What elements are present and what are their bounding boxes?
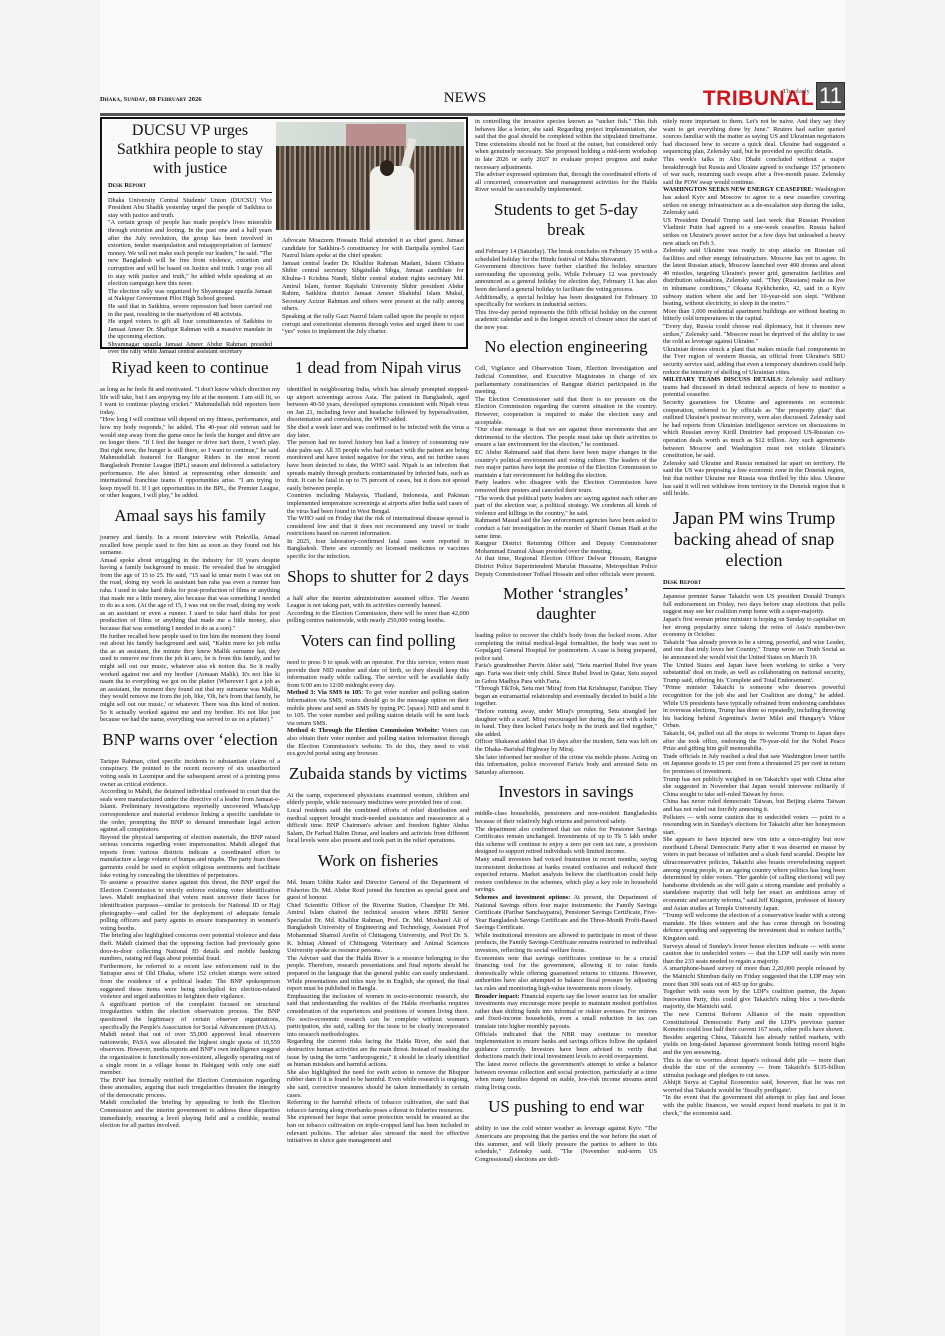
paragraph: The latest move reflects the government'…	[475, 1061, 657, 1091]
lead-photo-rally	[276, 122, 464, 230]
paragraph: She appears to have injected new vim int…	[663, 836, 845, 912]
paragraph: The WHO said on Friday that the risk of …	[287, 515, 469, 538]
paragraph: need to press 9 to speak with an operato…	[287, 659, 469, 689]
paragraph: Referring to the harmful effects of toba…	[287, 1099, 469, 1114]
paragraph: While institutional investors are allowe…	[475, 932, 657, 955]
paragraph: Mahdi concluded the briefing by appealin…	[100, 1099, 280, 1129]
paragraph: Besides angering China, Takaichi has alr…	[663, 1034, 845, 1057]
paragraph: Officials indicated that the NBR may con…	[475, 1031, 657, 1061]
paragraph: journey and family. In a recent intervie…	[100, 534, 280, 557]
paragraph: "Prime minister Takaichi is someone who …	[663, 684, 845, 730]
paragraph: She expressed her hope that some protect…	[287, 1114, 469, 1144]
paragraph: ability to use the cold winter weather a…	[475, 1125, 657, 1163]
paragraph: Dhaka University Central Students' Union…	[108, 197, 272, 220]
paragraph: and February 14 (Saturday). The break co…	[475, 248, 657, 263]
paragraph: Chief Scientific Officer of the Riverine…	[287, 902, 469, 955]
paragraph: To assume a proactive stance against thi…	[100, 879, 280, 932]
paragraph: leading police to recover the child's bo…	[475, 632, 657, 662]
paragraph: Faria's grandmother Parvin Akter said, "…	[475, 662, 657, 685]
paragraph: Security guarantees for Ukraine and agre…	[663, 399, 845, 460]
paragraph: He said that in Satkhira, severe repress…	[108, 303, 272, 318]
paragraph: The new Centrist Reform Alliance of the …	[663, 1011, 845, 1034]
paragraph: Ukrainian drones struck a plant that mak…	[663, 346, 845, 376]
subhead: WASHINGTON SEEKS NEW ENERGY CEASEFIRE	[663, 186, 812, 193]
paragraph: Mahdi noted that out of over 55,000 appr…	[100, 1031, 280, 1077]
headline-zubaida: Zubaida stands by victims	[287, 764, 469, 784]
section-title: NEWS	[400, 90, 530, 107]
subhead: MILITARY TEAMS DISCUSS DETAILS	[663, 376, 781, 383]
paragraph: Additionally, a special holiday has been…	[475, 294, 657, 309]
paragraph: He further recalled how people used to f…	[100, 633, 280, 724]
headline-uswar: US pushing to end war	[475, 1097, 657, 1117]
japan-byline: Desk Report	[663, 579, 845, 590]
paragraph: Advocate Moazzem Hossain Helal attended …	[282, 237, 464, 260]
page-header: Dhaka, Sunday, 08 February 2026 NEWS The…	[100, 88, 845, 112]
paragraph: Amaal spoke about struggling in the indu…	[100, 557, 280, 633]
paragraph: "Before running away, under Miraj's prom…	[475, 708, 657, 738]
paragraph: Cell, Vigilance and Observation Team, El…	[475, 365, 657, 395]
lead-col2: Advocate Moazzem Hossain Helal attended …	[282, 237, 464, 336]
headline-students: Students to get 5-day break	[475, 200, 657, 240]
paragraph: She also highlighted the need for swift …	[287, 1069, 469, 1099]
paragraph: Regarding the current risks facing the H…	[287, 1038, 469, 1068]
paragraph: EC Abdur Rahmanel said that there have b…	[475, 449, 657, 479]
dateline: Dhaka, Sunday, 08 February 2026	[100, 96, 202, 103]
paragraph: "Through TikTok, Setu met 'Miraj' from H…	[475, 685, 657, 708]
paragraph: This week's talks in Abu Dhabi concluded…	[663, 156, 845, 186]
paragraph: More than 1,000 residential apartment bu…	[663, 308, 845, 323]
newspaper-page: Dhaka, Sunday, 08 February 2026 NEWS The…	[100, 0, 845, 1336]
paragraph: "How long I will continue will depend on…	[100, 416, 280, 500]
paragraph: Takaichi "has already proven to be a str…	[663, 639, 845, 662]
paragraph: Countries including Malaysia, Thailand, …	[287, 492, 469, 515]
column-4: nitely more important to them. Let's not…	[663, 118, 845, 1117]
paragraph: The United States and Japan have been wo…	[663, 662, 845, 685]
paragraph: identified in neighbouring India, which …	[287, 386, 469, 424]
headline-voters: Voters can find polling	[287, 631, 469, 651]
headline-amaal: Amaal says his family	[100, 506, 280, 526]
paragraph: Many small investors had voiced frustrat…	[475, 856, 657, 894]
paragraph: He urged voters to gift all four constit…	[108, 318, 272, 341]
paragraph: A significant portion of the complaint f…	[100, 1001, 280, 1031]
paragraph: She died a week later and was confirmed …	[287, 424, 469, 439]
paragraph: Furthermore, he referred to a recent law…	[100, 963, 280, 1001]
paragraph: a half after the interim administration …	[287, 595, 469, 610]
paragraph: "Our clear message is that we are agains…	[475, 426, 657, 449]
headline-mother: Mother ‘strangles’ daughter	[475, 584, 657, 624]
logo-name: The dailyTRIBUNAL	[703, 88, 814, 110]
paragraph: Broader impact: Financial experts say th…	[475, 993, 657, 1031]
paragraph: China has never ruled democratic Taiwan,…	[663, 798, 845, 813]
logo-tagline: The daily	[783, 81, 810, 103]
paragraph: This is due to worries about Japan's col…	[663, 1057, 845, 1080]
page-number: 11	[816, 82, 845, 110]
paragraph: Trump has not publicly weighed in on Tak…	[663, 776, 845, 799]
paragraph: The adviser expressed optimism that, thr…	[475, 171, 657, 194]
paragraph: "A certain group of people has made peop…	[108, 219, 272, 287]
paragraph: Rahmanel Masud said the law enforcement …	[475, 517, 657, 540]
paragraph: Abhijit Surya at Capital Economics said,…	[663, 1079, 845, 1094]
paragraph: middle-class households, pensioners and …	[475, 810, 657, 825]
paragraph: as long as he feels fit and motivated. "…	[100, 386, 280, 416]
paragraph: Officer Shakawat added that 19 days afte…	[475, 738, 657, 753]
paragraph: Tarique Rahman, cited specific incidents…	[100, 758, 280, 788]
headline-engineering: No election engineering	[475, 337, 657, 357]
paragraph: Japanese premier Sanae Takaichi won US p…	[663, 593, 845, 616]
subhead: Method 4: Through the Election Commissio…	[287, 727, 439, 734]
paragraph: "The words that political party leaders …	[475, 495, 657, 518]
header-rule	[100, 113, 845, 116]
paragraph: In 2025, four laboratory-confirmed fatal…	[287, 538, 469, 561]
paragraph: US President Donald Trump said last week…	[663, 217, 845, 247]
paragraph: Pollsters — with some caution due to und…	[663, 814, 845, 837]
paragraph: "In the event that the government did at…	[663, 1094, 845, 1117]
paragraph: Md. Imam Uddin Kabir and Director Genera…	[287, 879, 469, 902]
paragraph: Rangpur District Returning Officer and D…	[475, 540, 657, 555]
paragraph: Method 4: Through the Election Commissio…	[287, 727, 469, 757]
paragraph: She later informed her mother of the cri…	[475, 754, 657, 777]
paragraph: Local residents said the combined effort…	[287, 807, 469, 845]
paragraph: A smartphone-based survey of more than 2…	[663, 965, 845, 988]
lead-headline: DUCSU VP urges Satkhira people to stay w…	[108, 121, 272, 178]
paragraph: The election rally was organized by Shya…	[108, 288, 272, 303]
paragraph: Party leaders who disagree with the Elec…	[475, 479, 657, 494]
paragraph: Government directives have further clari…	[475, 263, 657, 293]
paragraph: MILITARY TEAMS DISCUSS DETAILS: Zelensky…	[663, 376, 845, 399]
paragraph: Surveys ahead of Sunday's lower house el…	[663, 943, 845, 966]
paragraph: Zelensky said Ukraine was ready to stop …	[663, 247, 845, 308]
paragraph: Trade officials in July reached a deal t…	[663, 753, 845, 776]
paragraph: "Trump will welcome the election of a co…	[663, 912, 845, 942]
column-2: 1 dead from Nipah virus identified in ne…	[287, 352, 469, 1145]
paragraph: Schemes and investment options: At prese…	[475, 894, 657, 932]
lead-col1: DUCSU VP urges Satkhira people to stay w…	[108, 121, 272, 356]
paragraph: WASHINGTON SEEKS NEW ENERGY CEASEFIRE: W…	[663, 186, 845, 216]
column-1: Riyad keen to continue as long as he fee…	[100, 352, 280, 1130]
headline-fisheries: Work on fisheries	[287, 851, 469, 871]
headline-riyad: Riyad keen to continue	[100, 358, 280, 378]
paragraph: The Election Commissioner said that ther…	[475, 396, 657, 426]
paragraph: According to the Election Commission, th…	[287, 610, 469, 625]
lead-byline: Desk Report	[108, 182, 272, 193]
subhead: Method 3: Via SMS to 105	[287, 689, 361, 696]
paragraph: The Adviser said that the Halda River is…	[287, 955, 469, 993]
headline-nipah: 1 dead from Nipah virus	[287, 358, 469, 378]
masthead-logo: The dailyTRIBUNAL 11	[703, 82, 845, 110]
paragraph: The BNP has formally notified the Electi…	[100, 1077, 280, 1100]
subhead: Broader impact:	[475, 993, 520, 1000]
headline-investors: Investors in savings	[475, 782, 657, 802]
paragraph: At that time, Regional Election Officer …	[475, 555, 657, 578]
paragraph: Speaking at the rally Gazi Nazrul Islam …	[282, 313, 464, 336]
paragraph: Emphasizing the inclusion of women in so…	[287, 993, 469, 1039]
paragraph: Together with seats won by the LDP's coa…	[663, 988, 845, 1011]
paragraph: Method 3: Via SMS to 105: To get voter n…	[287, 689, 469, 727]
paragraph: Jamaat central leader Dr. Khalilur Rahma…	[282, 260, 464, 313]
paragraph: Zelensky said Ukraine and Russia remaine…	[663, 460, 845, 498]
column-3: in controlling the invasive species know…	[475, 118, 657, 1163]
paragraph: The briefing also highlighted concerns o…	[100, 932, 280, 962]
subhead: Schemes and investment options:	[475, 894, 570, 901]
headline-bnp: BNP warns over ‘election	[100, 730, 280, 750]
paragraph: The department also confirmed that tax r…	[475, 826, 657, 856]
paragraph: Japan's first woman prime minister is ho…	[663, 616, 845, 639]
paragraph: in controlling the invasive species know…	[475, 118, 657, 171]
lead-story-box: DUCSU VP urges Satkhira people to stay w…	[100, 117, 468, 349]
headline-shops: Shops to shutter for 2 days	[287, 567, 469, 587]
paragraph: Takaichi, 64, pulled out all the stops t…	[663, 730, 845, 753]
paragraph: At the camp, experienced physicians exam…	[287, 792, 469, 807]
paragraph: According to Mahdi, the detained individ…	[100, 788, 280, 834]
paragraph: "Every day, Russia could choose real dip…	[663, 323, 845, 346]
paragraph: Economists note that savings certificate…	[475, 955, 657, 993]
paragraph: nitely more important to them. Let's not…	[663, 118, 845, 156]
paragraph: The person had no travel history but had…	[287, 439, 469, 492]
headline-japan: Japan PM wins Trump backing ahead of sna…	[663, 508, 845, 571]
paragraph: This five-day period represents the fift…	[475, 309, 657, 332]
paragraph: Beyond the physical tampering of electio…	[100, 834, 280, 880]
